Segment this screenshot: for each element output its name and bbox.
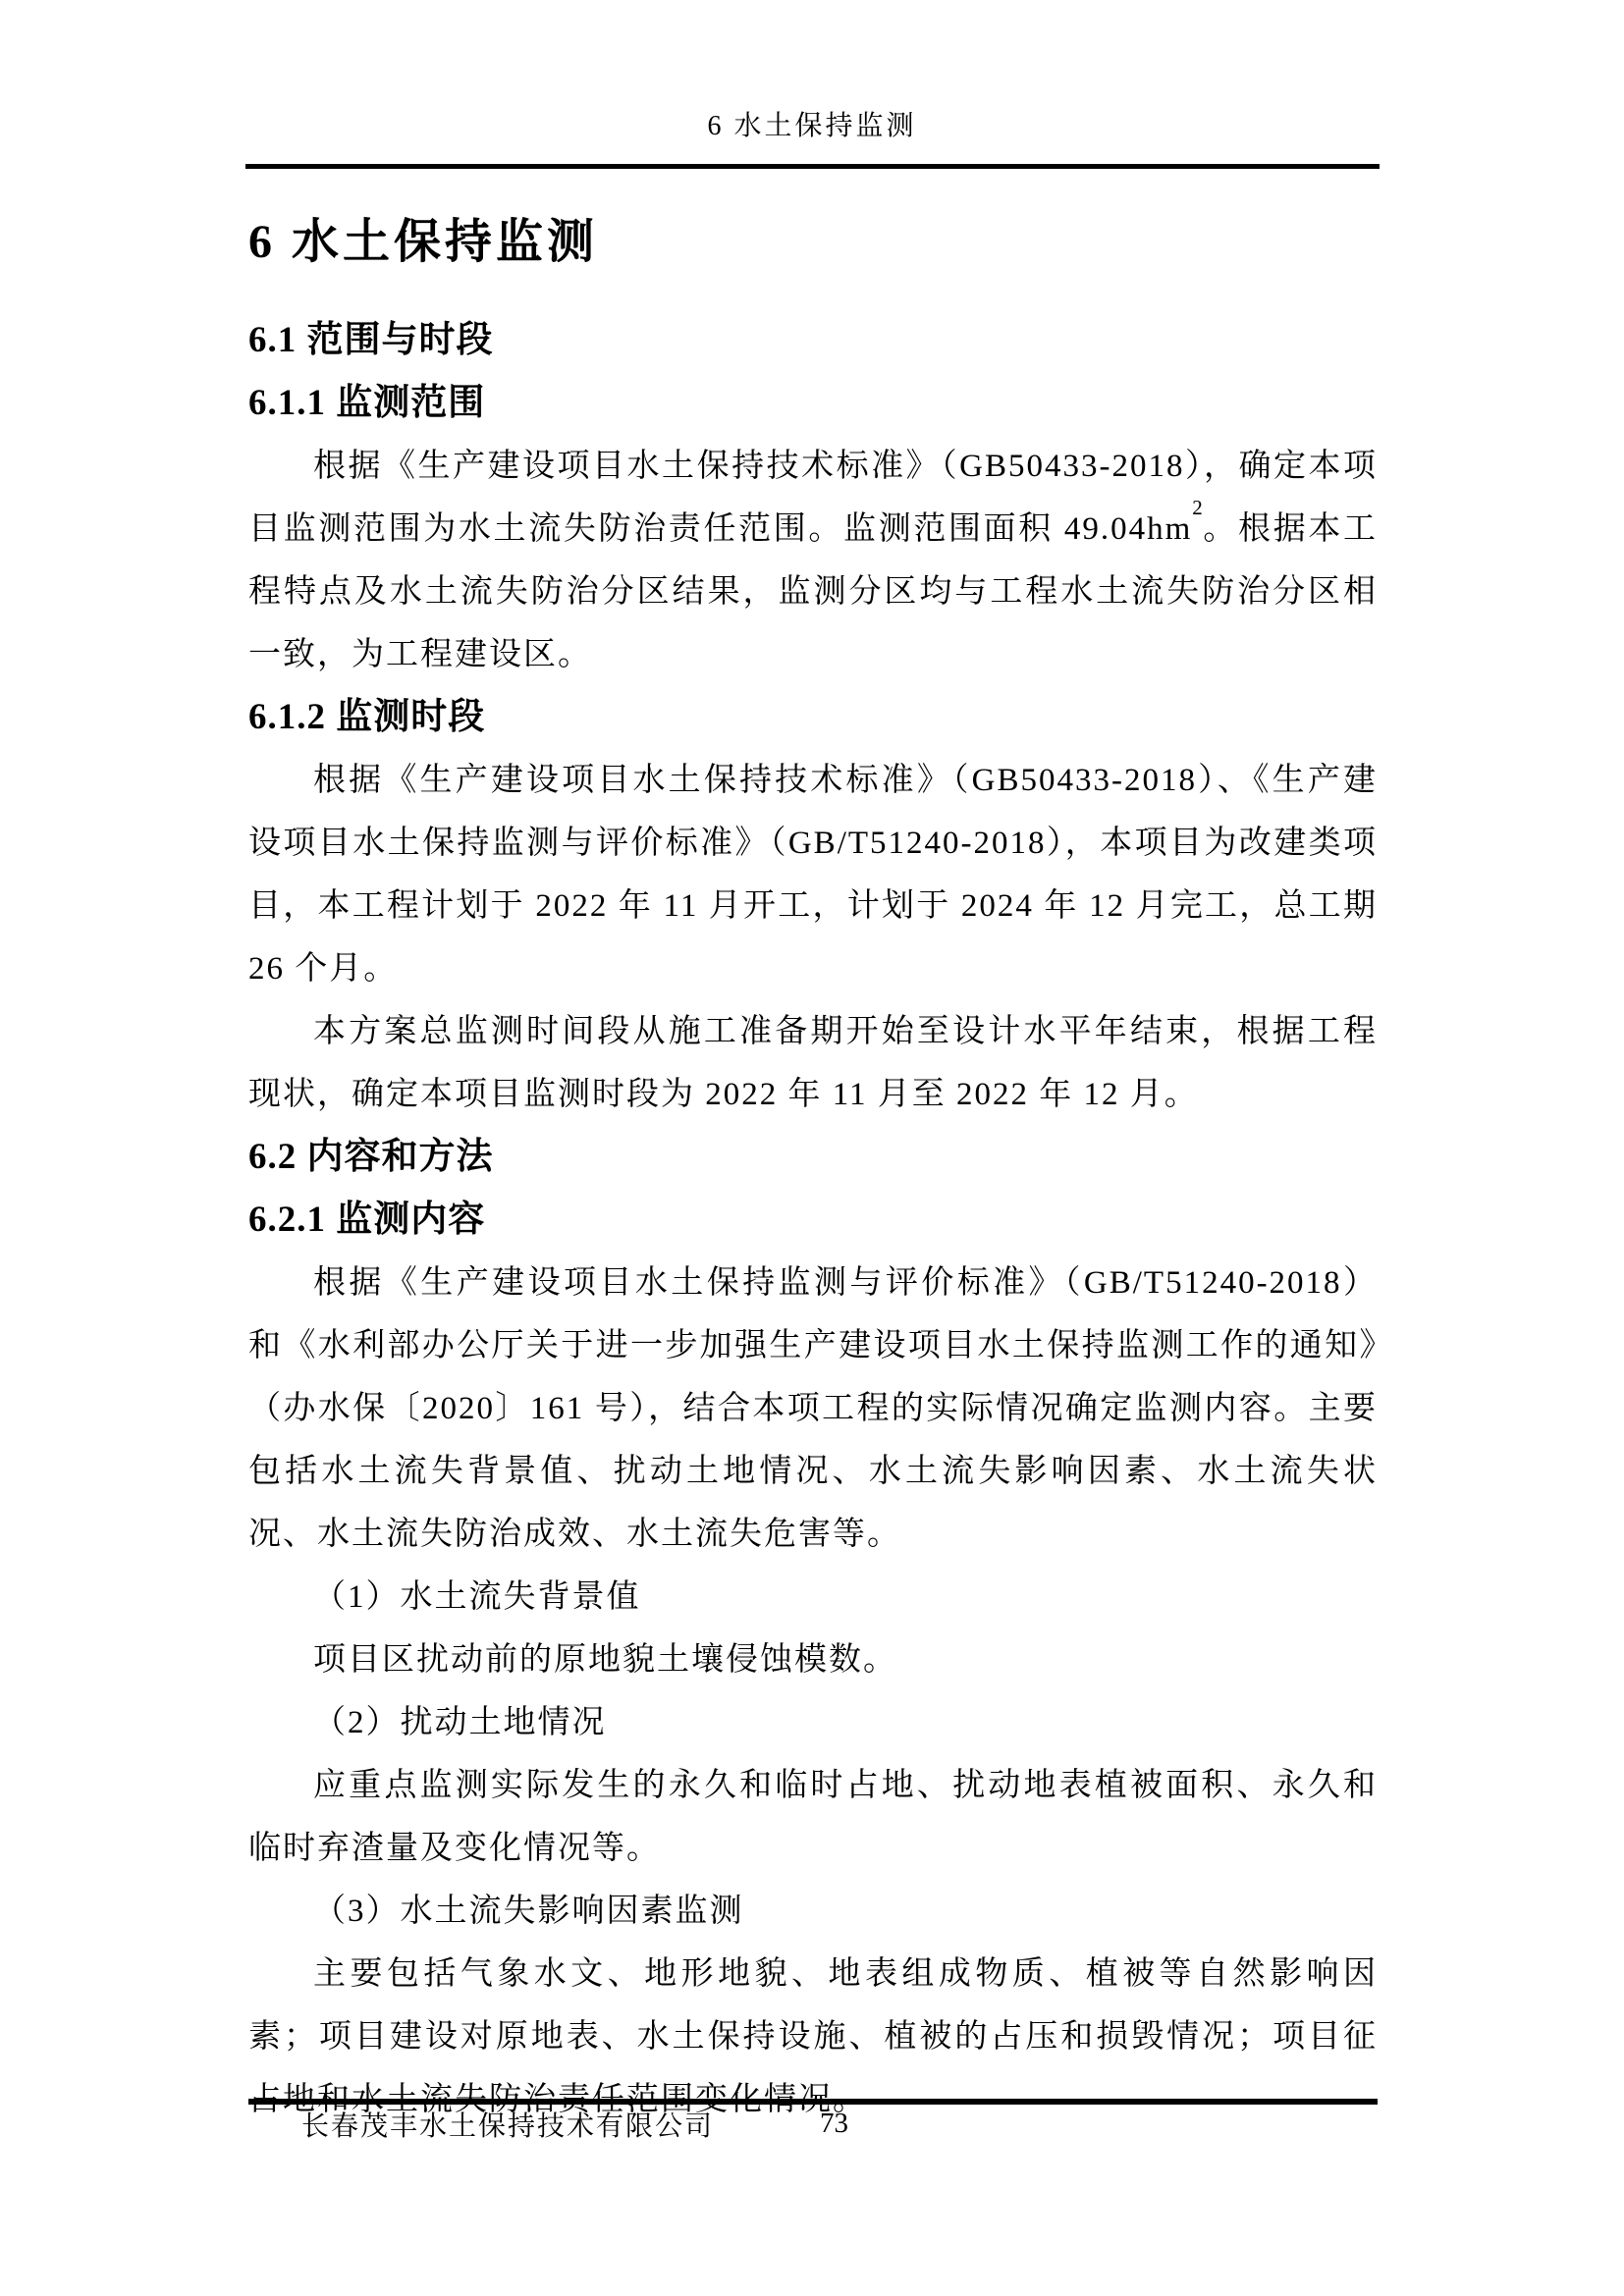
list-item-3-title: （3）水土流失影响因素监测	[248, 1880, 1378, 1943]
document-page: 6 水土保持监测 6 水土保持监测 6.1 范围与时段 6.1.1 监测范围 根…	[0, 0, 1624, 2296]
list-item-2-body: 应重点监测实际发生的永久和临时占地、扰动地表植被面积、永久和临时弃渣量及变化情况…	[248, 1754, 1378, 1880]
list-item-1-body: 项目区扰动前的原地貌土壤侵蚀模数。	[248, 1629, 1378, 1691]
page-footer: 长春茂丰水土保持技术有限公司 73	[248, 2107, 1378, 2146]
document-body: 6 水土保持监测 6.1 范围与时段 6.1.1 监测范围 根据《生产建设项目水…	[248, 211, 1378, 2131]
paragraph-monitoring-scope: 根据《生产建设项目水土保持技术标准》（GB50433-2018），确定本项目监测…	[248, 435, 1378, 686]
paragraph-monitoring-period-2: 本方案总监测时间段从施工准备期开始至设计水平年结束，根据工程现状，确定本项目监测…	[248, 1000, 1378, 1126]
footer-rule	[248, 2099, 1378, 2105]
section-heading-6-1-2: 6.1.2 监测时段	[248, 686, 1378, 749]
section-heading-6-2-1: 6.2.1 监测内容	[248, 1189, 1378, 1252]
list-item-1-title: （1）水土流失背景值	[248, 1566, 1378, 1629]
superscript-2: 2	[1192, 496, 1203, 519]
header-rule	[245, 164, 1380, 169]
footer-company-name: 长春茂丰水土保持技术有限公司	[301, 2110, 714, 2144]
running-header: 6 水土保持监测	[0, 110, 1624, 143]
page-number: 73	[820, 2107, 848, 2140]
section-heading-6-1-1: 6.1.1 监测范围	[248, 372, 1378, 435]
paragraph-monitoring-period-1: 根据《生产建设项目水土保持技术标准》（GB50433-2018）、《生产建设项目…	[248, 749, 1378, 1000]
section-heading-6-1: 6.1 范围与时段	[248, 309, 1378, 372]
paragraph-monitoring-content-intro: 根据《生产建设项目水土保持监测与评价标准》（GB/T51240-2018）和《水…	[248, 1252, 1378, 1566]
chapter-title: 6 水土保持监测	[248, 211, 1378, 274]
section-heading-6-2: 6.2 内容和方法	[248, 1126, 1378, 1189]
list-item-2-title: （2）扰动土地情况	[248, 1691, 1378, 1754]
